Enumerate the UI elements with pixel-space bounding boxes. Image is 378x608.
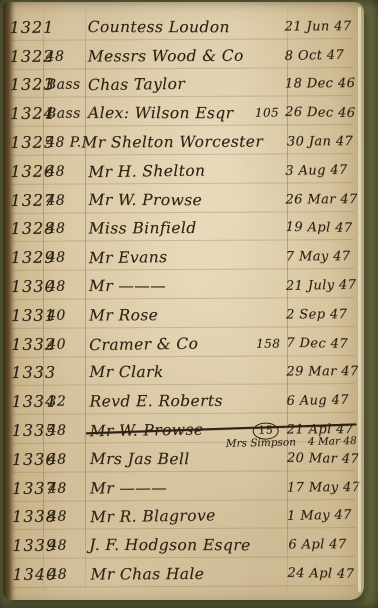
entry-name: Mr R. Blagrove	[90, 506, 249, 529]
entry-extra-number	[263, 148, 281, 153]
entry-size: 40	[47, 336, 89, 356]
entry-extra-number	[249, 580, 281, 585]
entry-size	[46, 35, 88, 39]
entry-size	[47, 381, 89, 385]
entry-extra-number	[249, 408, 281, 413]
ledger-row: 1338 48 Mr R. Blagrove 1 May 47	[12, 500, 355, 531]
entry-size: 48	[48, 422, 90, 442]
entry-extra-number	[249, 494, 281, 499]
entry-name: Mr H. Shelton	[88, 161, 247, 184]
entry-extra-number	[247, 33, 279, 38]
entry-date: 7 Dec 47	[280, 335, 354, 355]
ledger-row: 1328 48 Miss Binfield 19 Apl 47	[11, 212, 354, 243]
ledger-row: 1325 48 P. Mr Shelton Worcester 30 Jan 4…	[10, 125, 353, 156]
ledger-row: 1329 48 Mr Evans 7 May 47	[11, 240, 354, 271]
entry-extra-number	[248, 206, 280, 211]
entry-date: 20 Mar 47	[281, 450, 355, 470]
entry-name: Mr ———	[90, 478, 249, 500]
ledger-rows: 1321 Countess Loudon 21 Jun 47 1322 48 M…	[9, 10, 355, 588]
entry-date: 17 May 47	[281, 480, 355, 499]
entry-date: 19 Apl 47	[279, 220, 353, 240]
entry-number: 1334	[11, 392, 47, 414]
entry-extra-number	[248, 292, 280, 297]
entry-date: 24 Apl 47	[281, 566, 355, 586]
entry-name: Miss Binfield	[89, 219, 248, 241]
entry-number: 1332	[11, 334, 47, 356]
ledger-row: 1337 48 Mr ——— 17 May 47	[12, 471, 355, 502]
scan-background: 1321 Countess Loudon 21 Jun 47 1322 48 M…	[0, 0, 378, 608]
entry-extra-number	[248, 321, 280, 326]
entry-size: 48	[47, 250, 89, 270]
entry-number: 1338	[12, 507, 48, 529]
entry-date: 2 Sep 47	[280, 307, 354, 326]
ledger-row: 1326 48 Mr H. Shelton 3 Aug 47	[10, 154, 353, 185]
entry-number: 1327	[10, 190, 46, 212]
entry-number: 1333	[11, 363, 47, 385]
ledger-row: 1335 48 Mr W. Prowse 15 21 Apl 47 Mrs Si…	[12, 413, 355, 444]
entry-size: 48	[48, 451, 90, 471]
entry-number: 1328	[11, 219, 47, 241]
ledger-row: 1332 40 Cramer & Co 158 7 Dec 47	[11, 327, 354, 358]
entry-date: 21 Jun 47	[279, 19, 353, 38]
entry-date: 29 Mar 47	[280, 364, 354, 383]
entry-size: Bass	[46, 77, 88, 97]
entry-size: 48	[48, 480, 90, 500]
entry-number: 1331	[11, 305, 47, 327]
entry-date: 26 Dec 46	[279, 105, 353, 125]
ledger-page: 1321 Countess Loudon 21 Jun 47 1322 48 M…	[3, 2, 364, 600]
ledger-row: 1323 Bass Chas Taylor 18 Dec 46	[10, 68, 353, 99]
entry-name: Mr Evans	[89, 247, 248, 270]
entry-number: 1336	[12, 449, 48, 471]
entry-name: Countess Loudon	[88, 18, 247, 39]
entry-date: 3 Aug 47	[279, 162, 353, 182]
entry-size: 48	[47, 221, 89, 241]
entry-name: Messrs Wood & Co	[88, 46, 247, 68]
ledger-row: 1333 Mr Clark 29 Mar 47	[11, 356, 354, 387]
entry-name: Mrs Jas Bell	[90, 450, 249, 471]
entry-name: Mr W. Prowse	[88, 191, 247, 212]
entry-size: Bass	[46, 106, 88, 126]
ledger-row: 1340 48 Mr Chas Hale 24 Apl 47	[12, 557, 355, 588]
entry-number: 1340	[12, 565, 48, 587]
entry-number: 1324	[10, 104, 46, 126]
entry-name: Mr Shelton Worcester	[81, 133, 263, 155]
entry-number: 1322	[10, 46, 46, 68]
entry-size: 48	[48, 538, 89, 558]
entry-date: 6 Aug 47	[280, 393, 354, 413]
entry-extra-number	[251, 552, 282, 557]
entry-number: 1321	[10, 18, 46, 40]
entry-date: 26 Mar 47	[279, 192, 353, 211]
entry-size: 32	[47, 394, 89, 414]
entry-number: 1330	[11, 277, 47, 299]
ledger-row: 1324 Bass Alex: Wilson Esqr 105 26 Dec 4…	[10, 96, 353, 127]
entry-size: 40	[47, 307, 89, 327]
entry-size: 48	[46, 163, 88, 183]
entry-date: 18 Dec 46	[279, 76, 353, 95]
ledger-row: 1330 48 Mr ——— 21 July 47	[11, 269, 354, 300]
entry-number: 1323	[10, 75, 46, 97]
entry-extra-number	[248, 235, 280, 240]
entry-number: 1329	[11, 248, 47, 270]
entry-name: Mr Rose	[89, 305, 248, 327]
entry-size: 48	[46, 192, 88, 212]
entry-number: 1335	[12, 421, 48, 443]
entry-size: 48	[47, 278, 89, 298]
entry-date: 7 May 47	[280, 249, 354, 268]
entry-extra-number: 105	[247, 106, 279, 125]
ledger-row: 1331 40 Mr Rose 2 Sep 47	[11, 298, 354, 329]
entry-extra-number	[247, 62, 279, 67]
entry-name: Revd E. Roberts	[89, 392, 248, 414]
entry-extra-number	[247, 177, 279, 182]
entry-size: 48	[48, 566, 90, 586]
entry-date: 21 July 47	[280, 278, 354, 298]
entry-date: 8 Oct 47	[279, 47, 353, 67]
entry-extra-number	[248, 264, 280, 269]
entry-name: Mr Clark	[89, 363, 248, 384]
ledger-row: 1321 Countess Loudon 21 Jun 47	[9, 10, 352, 41]
entry-size: 48	[48, 509, 90, 529]
entry-extra-number	[247, 91, 279, 96]
entry-name: Cramer & Co	[89, 334, 248, 357]
insertion-note-date: 4 Mar 48	[308, 435, 357, 448]
entry-extra-number	[248, 379, 280, 384]
entry-date: 1 May 47	[281, 508, 355, 528]
entry-number: 1337	[12, 478, 48, 500]
ledger-row: 1339 48 J. F. Hodgson Esqre 6 Apl 47	[12, 528, 355, 559]
entry-extra-number	[249, 523, 281, 528]
ledger-row: 1322 48 Messrs Wood & Co 8 Oct 47	[10, 39, 353, 70]
entry-number: 1326	[10, 161, 46, 183]
entry-name: Mr Chas Hale	[90, 565, 249, 587]
entry-date: 6 Apl 47	[282, 537, 355, 556]
entry-size: 48 P.	[46, 135, 81, 155]
entry-number: 1339	[12, 536, 48, 558]
entry-date: 30 Jan 47	[281, 134, 353, 153]
entry-name: Chas Taylor	[88, 74, 247, 97]
entry-extra-number: 158	[248, 336, 280, 355]
insertion-note-name: Mrs Simpson	[226, 436, 296, 450]
entry-name: Mr ———	[89, 277, 248, 298]
entry-size: 48	[46, 48, 88, 68]
entry-name: Alex: Wilson Esqr	[88, 104, 247, 125]
entry-extra-number	[249, 465, 281, 470]
ledger-row: 1334 32 Revd E. Roberts 6 Aug 47	[11, 384, 354, 415]
entry-number: 1325	[10, 133, 46, 155]
entry-name: J. F. Hodgson Esqre	[90, 536, 251, 557]
ledger-row: 1327 48 Mr W. Prowse 26 Mar 47	[10, 183, 353, 214]
